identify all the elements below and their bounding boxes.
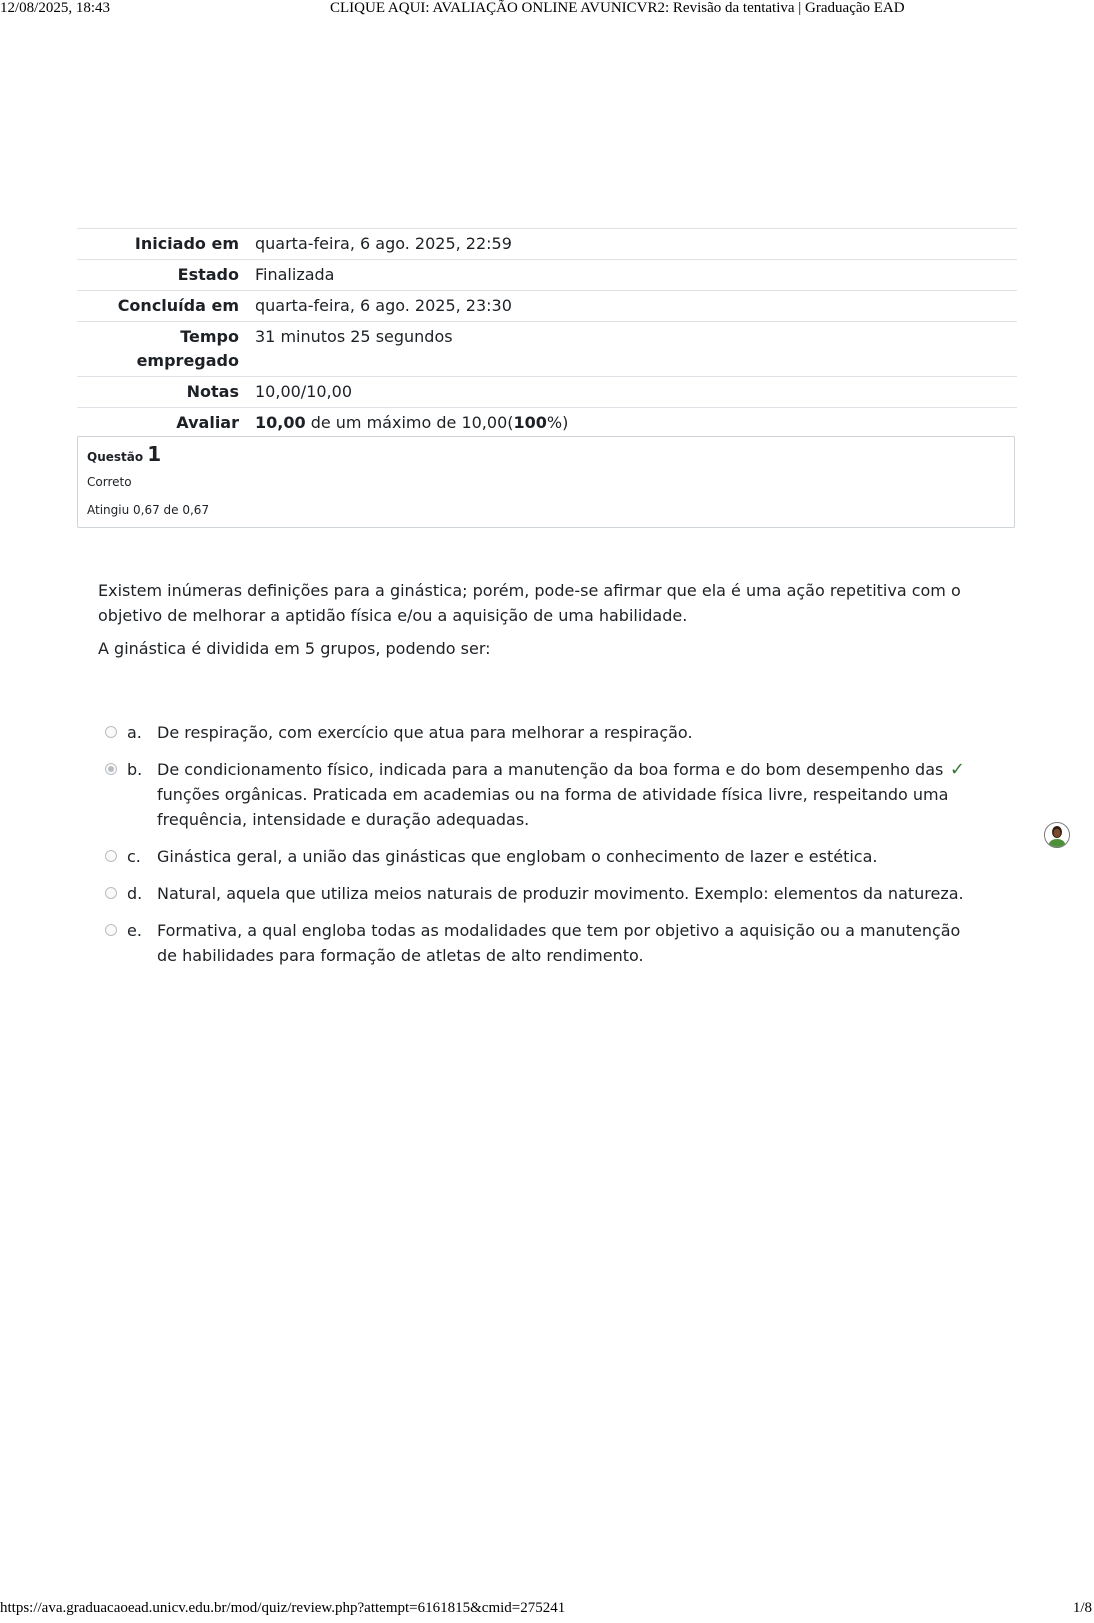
check-icon: ✓	[950, 757, 965, 782]
answer-text: Formativa, a qual engloba todas as modal…	[157, 918, 1005, 968]
radio-button[interactable]	[105, 887, 117, 899]
summary-value: quarta-feira, 6 ago. 2025, 22:59	[249, 229, 1017, 260]
summary-value: 31 minutos 25 segundos	[249, 322, 1017, 377]
summary-label: Notas	[77, 377, 249, 408]
answer-text: De condicionamento físico, indicada para…	[157, 757, 1005, 832]
answer-option-b[interactable]: b.De condicionamento físico, indicada pa…	[105, 757, 1005, 832]
question-number: Questão 1	[87, 443, 1005, 468]
summary-row-avaliar: Avaliar 10,00 de um máximo de 10,00(100%…	[77, 408, 1017, 439]
answer-text: Ginástica geral, a união das ginásticas …	[157, 844, 1005, 869]
answer-letter: c.	[127, 844, 157, 869]
answer-option-d[interactable]: d.Natural, aquela que utiliza meios natu…	[105, 881, 1005, 906]
answer-text: Natural, aquela que utiliza meios natura…	[157, 881, 1005, 906]
question-info-box: Questão 1 Correto Atingiu 0,67 de 0,67	[77, 436, 1015, 528]
summary-value: Finalizada	[249, 260, 1017, 291]
question-grade: Atingiu 0,67 de 0,67	[87, 502, 1005, 518]
radio-button[interactable]	[105, 726, 117, 738]
attempt-summary-table: Iniciado emquarta-feira, 6 ago. 2025, 22…	[77, 228, 1017, 438]
print-page-number: 1/8	[1073, 1600, 1092, 1617]
answer-letter: d.	[127, 881, 157, 906]
summary-row: Iniciado emquarta-feira, 6 ago. 2025, 22…	[77, 229, 1017, 260]
summary-value: 10,00/10,00	[249, 377, 1017, 408]
print-url: https://ava.graduacaoead.unicv.edu.br/mo…	[0, 1600, 565, 1617]
answer-list: a.De respiração, com exercício que atua …	[105, 720, 1005, 980]
summary-label: Estado	[77, 260, 249, 291]
answer-text: De respiração, com exercício que atua pa…	[157, 720, 1005, 745]
answer-option-c[interactable]: c.Ginástica geral, a união das ginástica…	[105, 844, 1005, 869]
question-state: Correto	[87, 474, 1005, 490]
question-text: Existem inúmeras definições para a ginás…	[98, 578, 998, 669]
radio-button[interactable]	[105, 924, 117, 936]
answer-option-e[interactable]: e.Formativa, a qual engloba todas as mod…	[105, 918, 1005, 968]
answer-option-a[interactable]: a.De respiração, com exercício que atua …	[105, 720, 1005, 745]
avatar-icon	[1045, 823, 1069, 847]
summary-value: 10,00 de um máximo de 10,00(100%)	[249, 408, 1017, 439]
summary-row: EstadoFinalizada	[77, 260, 1017, 291]
print-datetime: 12/08/2025, 18:43	[0, 0, 110, 17]
summary-row: Tempo empregado31 minutos 25 segundos	[77, 322, 1017, 377]
answer-letter: e.	[127, 918, 157, 968]
summary-value: quarta-feira, 6 ago. 2025, 23:30	[249, 291, 1017, 322]
avatar[interactable]	[1044, 822, 1070, 848]
radio-button[interactable]	[105, 850, 117, 862]
summary-label: Iniciado em	[77, 229, 249, 260]
print-footer: https://ava.graduacaoead.unicv.edu.br/mo…	[0, 1600, 1094, 1620]
print-header: 12/08/2025, 18:43 CLIQUE AQUI: AVALIAÇÃO…	[0, 0, 1094, 20]
summary-row: Notas10,00/10,00	[77, 377, 1017, 408]
print-title: CLIQUE AQUI: AVALIAÇÃO ONLINE AVUNICVR2:…	[330, 0, 905, 17]
radio-button[interactable]	[105, 763, 117, 775]
summary-row: Concluída emquarta-feira, 6 ago. 2025, 2…	[77, 291, 1017, 322]
answer-letter: b.	[127, 757, 157, 832]
summary-label: Tempo empregado	[77, 322, 249, 377]
summary-label: Avaliar	[77, 408, 249, 439]
answer-letter: a.	[127, 720, 157, 745]
summary-label: Concluída em	[77, 291, 249, 322]
